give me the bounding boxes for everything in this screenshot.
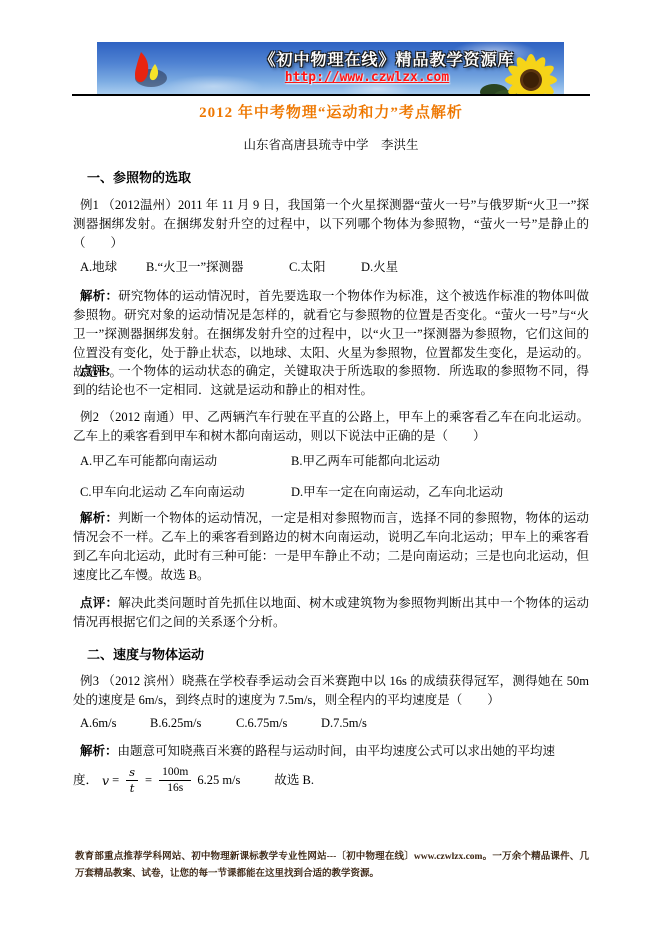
example-2-question: 例2 （2012 南通）甲、乙两辆汽车行驶在平直的公路上，甲车上的乘客看乙车在向… (73, 408, 589, 446)
equals-sign: = (145, 771, 152, 790)
example-3-options: A.6m/s B.6.25m/s C.6.75m/s D.7.5m/s (73, 714, 596, 733)
option-d: D.甲车一定在向南运动，乙车向北运动 (291, 483, 596, 502)
analysis-label: 解析： (80, 511, 118, 525)
example-2-options: A.甲乙车可能都向南运动 B.甲乙两车可能都向北运动 C.甲车向北运动 乙车向南… (73, 452, 596, 502)
site-banner: 《初中物理在线》精品教学资源库 http://www.czwlzx.com (97, 42, 564, 94)
option-d: D.7.5m/s (321, 714, 367, 733)
flame-logo-icon (125, 48, 171, 92)
section-1-heading: 一、参照物的选取 (73, 168, 589, 187)
option-d: D.火星 (361, 258, 398, 277)
example-1-comment: 点评：一个物体的运动状态的确定，关键取决于所选取的参照物．所选取的参照物不同，得… (73, 362, 589, 400)
equals-sign: = (112, 771, 119, 790)
example-3-question: 例3 （2012 滨州）晓燕在学校春季运动会百米赛跑中以 16s 的成绩获得冠军… (73, 672, 589, 710)
fraction-numerator: s (126, 766, 138, 781)
author-line: 山东省高唐县琉寺中学 李洪生 (72, 135, 590, 153)
analysis-label: 解析： (80, 289, 118, 303)
example-2-comment: 点评：解决此类问题时首先抓住以地面、树木或建筑物为参照物判断出其中一个物体的运动… (73, 594, 589, 632)
option-b: B.甲乙两车可能都向北运动 (291, 452, 596, 471)
fraction-s-over-t: s t (126, 766, 138, 794)
example-1-question: 例1 （2012温州）2011 年 11 月 9 日，我国第一个火星探测器“萤火… (73, 196, 589, 253)
option-a: A.甲乙车可能都向南运动 (80, 452, 291, 471)
fraction-numerator: 100m (159, 766, 191, 781)
answer-choice: 故选 B. (274, 771, 314, 790)
analysis-text: 判断一个物体的运动情况，一定是相对参照物而言，选择不同的参照物，物体的运动情况会… (73, 511, 589, 582)
option-c: C.太阳 (289, 258, 361, 277)
analysis-label: 解析： (80, 744, 118, 758)
formula-variable: v (102, 771, 109, 790)
fraction-denominator: 16s (159, 781, 191, 795)
comment-text: 解决此类问题时首先抓住以地面、树木或建筑物为参照物判断出其中一个物体的运动情况再… (73, 596, 589, 629)
sunflower-icon (476, 46, 562, 94)
example-1-options: A.地球 B.“火卫一”探测器 C.太阳 D.火星 (73, 258, 596, 277)
example-2-analysis: 解析：判断一个物体的运动情况，一定是相对参照物而言，选择不同的参照物，物体的运动… (73, 509, 589, 585)
option-c: C.甲车向北运动 乙车向南运动 (80, 483, 291, 502)
example-3-analysis: 解析：由题意可知晓燕百米赛的路程与运动时间，由平均速度公式可以求出她的平均速 (73, 742, 589, 761)
header-divider (72, 94, 590, 96)
option-a: A.地球 (80, 258, 146, 277)
comment-text: 一个物体的运动状态的确定，关键取决于所选取的参照物．所选取的参照物不同，得到的结… (73, 364, 589, 397)
analysis-text: 由题意可知晓燕百米赛的路程与运动时间，由平均速度公式可以求出她的平均速 (118, 744, 556, 758)
option-a: A.6m/s (80, 714, 150, 733)
comment-label: 点评： (80, 596, 118, 610)
footer-promo-text: 教育部重点推荐学科网站、初中物理新课标教学专业性网站---〔初中物理在线〕www… (75, 849, 589, 883)
section-2-heading: 二、速度与物体运动 (73, 645, 589, 664)
document-page: 《初中物理在线》精品教学资源库 http://www.czwlzx.com 20… (0, 0, 661, 936)
formula-result: 6.25 m/s (197, 771, 240, 790)
option-b: B.“火卫一”探测器 (146, 258, 289, 277)
formula-lead: 度． (73, 771, 98, 790)
option-b: B.6.25m/s (150, 714, 236, 733)
fraction-denominator: t (126, 781, 138, 795)
fraction-100m-over-16s: 100m 16s (159, 766, 191, 794)
comment-label: 点评： (80, 364, 118, 378)
page-title: 2012 年中考物理“运动和力”考点解析 (72, 101, 590, 122)
example-3-formula: 度． v = s t = 100m 16s 6.25 m/s 故选 B. (73, 766, 589, 794)
option-c: C.6.75m/s (236, 714, 321, 733)
banner-site-url-link[interactable]: http://www.czwlzx.com (217, 70, 517, 85)
